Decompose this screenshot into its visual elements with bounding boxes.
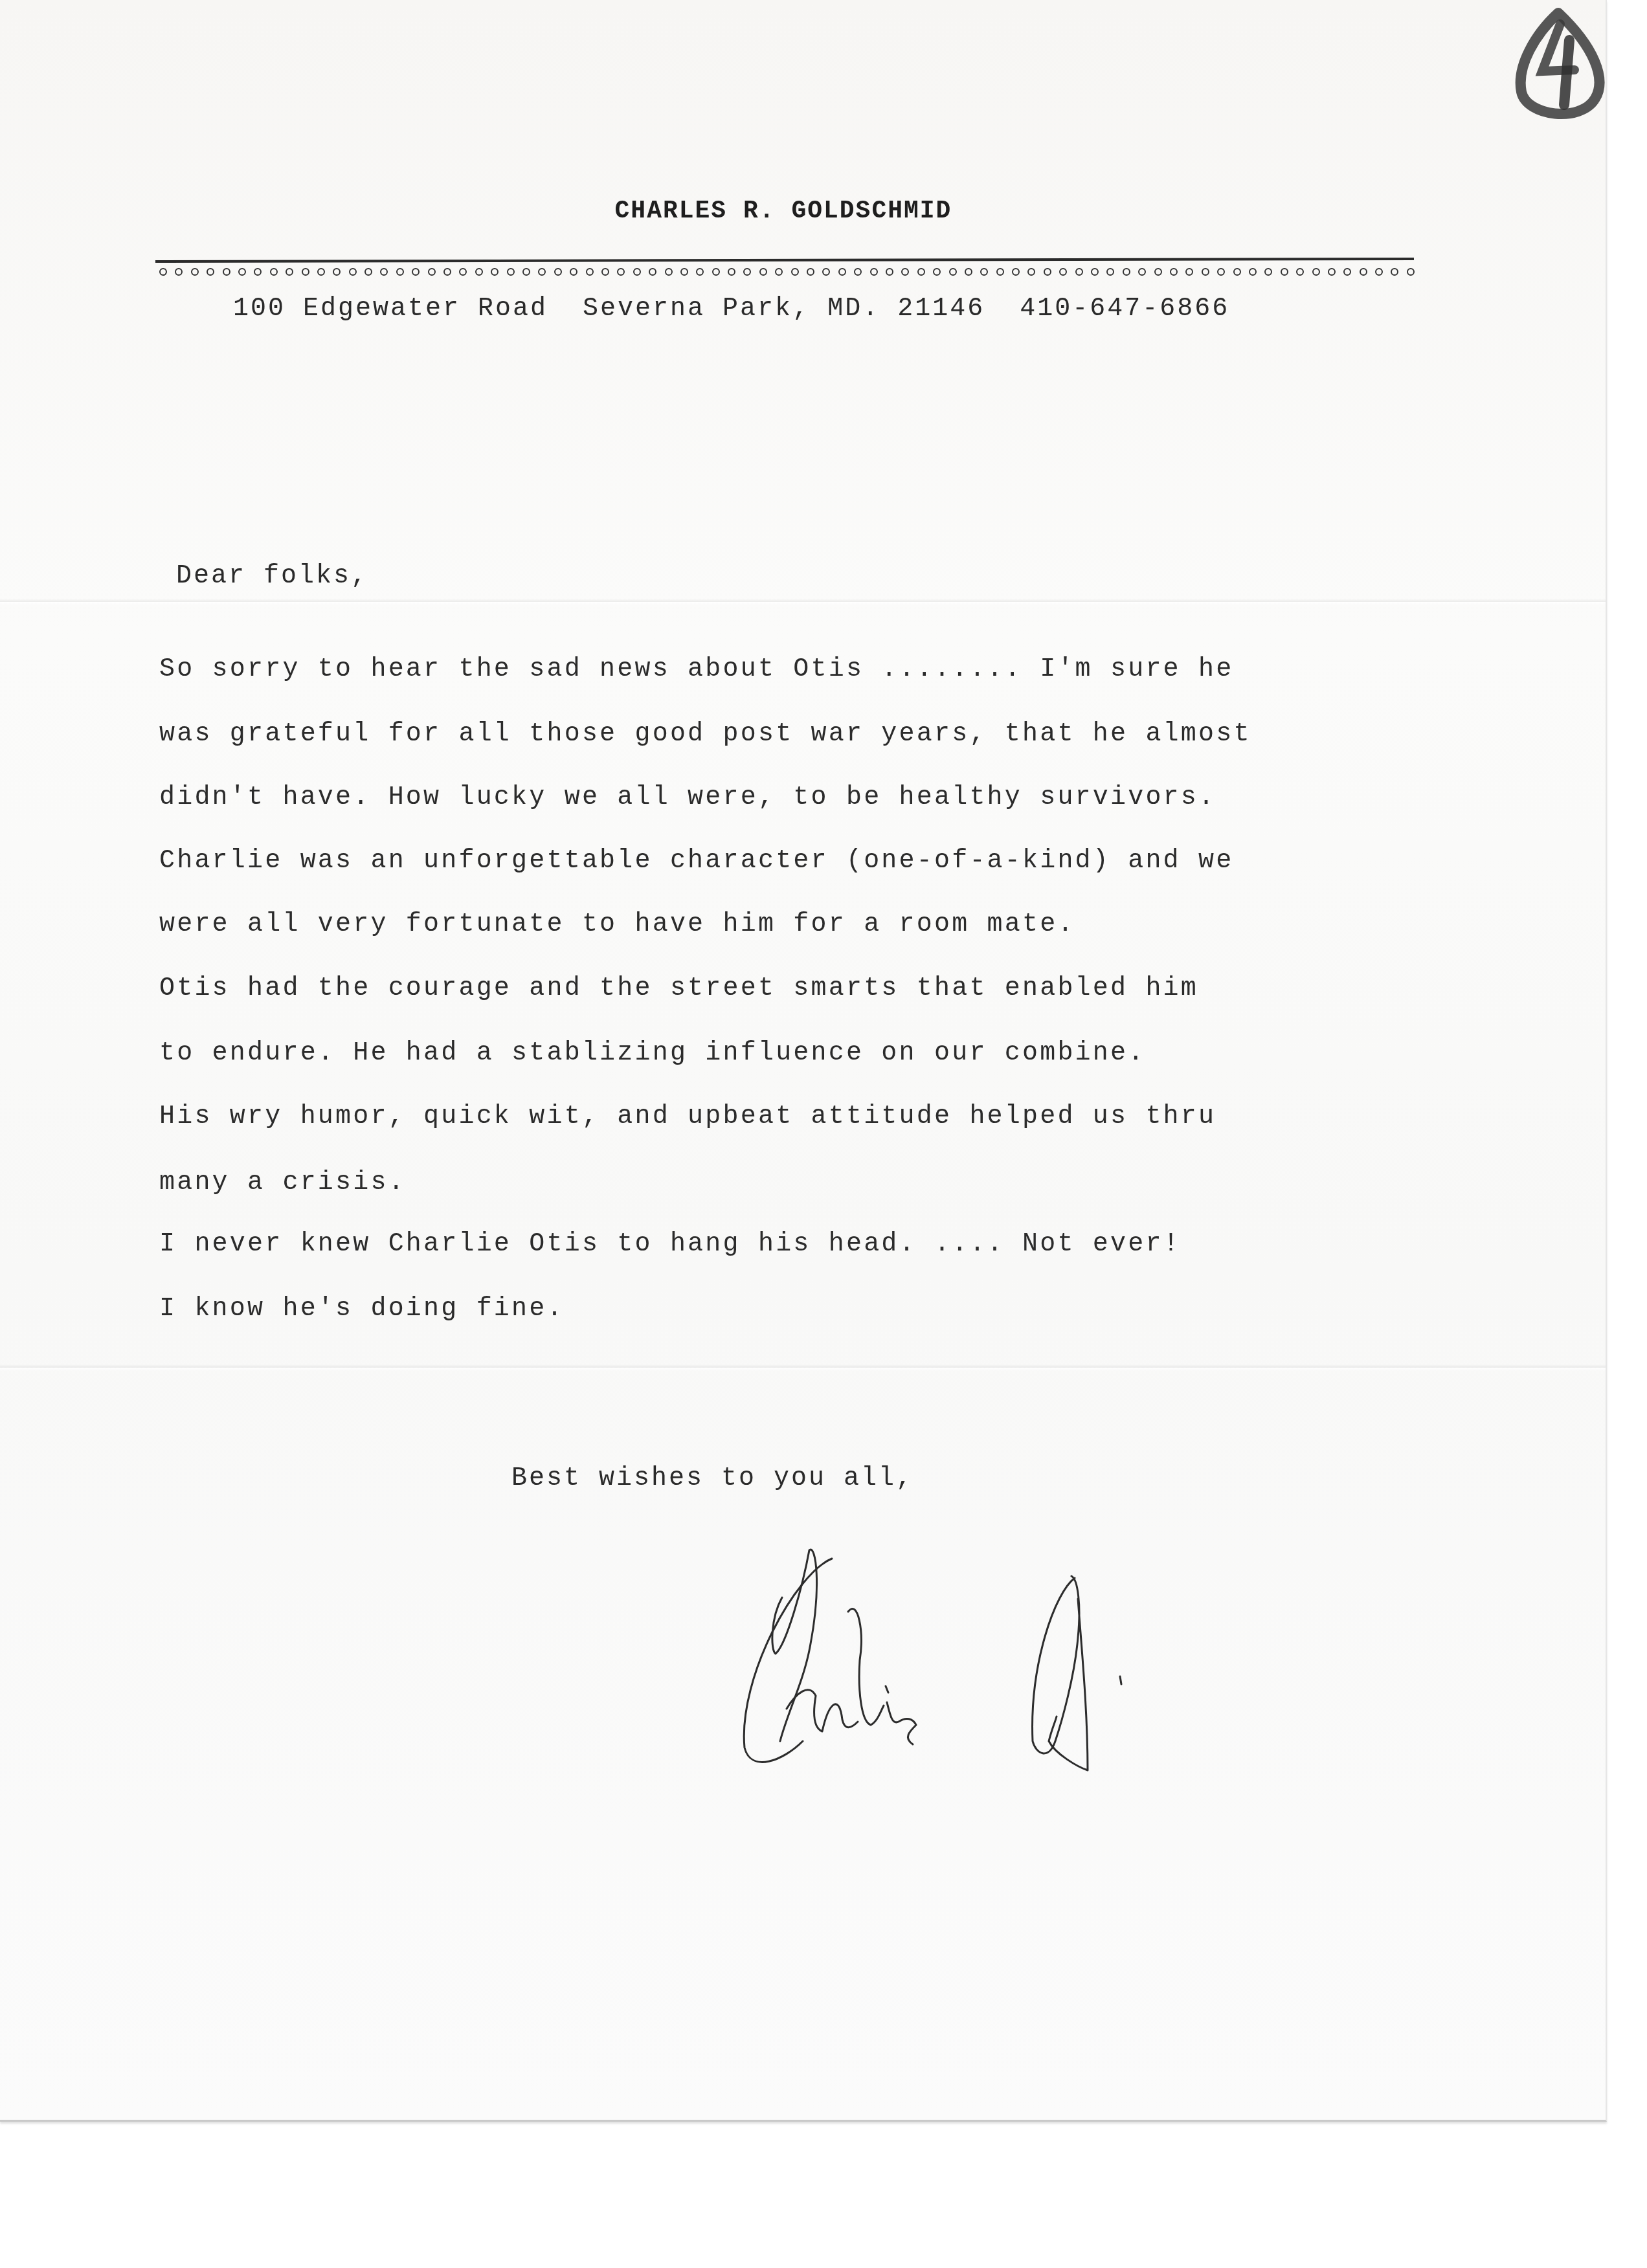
border-circle-icon [254, 268, 262, 276]
border-circle-icon [696, 268, 704, 276]
body-line: Otis had the courage and the street smar… [159, 974, 1198, 1003]
border-circle-icon [759, 268, 767, 276]
paper-fold-crease [0, 599, 1606, 605]
border-circle-icon [270, 268, 278, 276]
border-circle-icon [317, 268, 325, 276]
border-circle-icon [743, 268, 751, 276]
border-circle-icon [1391, 268, 1398, 276]
border-circle-icon [1312, 268, 1320, 276]
border-circle-icon [1264, 268, 1272, 276]
border-circle-icon [1407, 268, 1415, 276]
border-circle-icon [965, 268, 972, 276]
border-circle-icon [428, 268, 436, 276]
border-circle-icon [838, 268, 846, 276]
border-circle-icon [475, 268, 483, 276]
border-circle-icon [491, 268, 499, 276]
border-circle-icon [980, 268, 988, 276]
border-circle-icon [507, 268, 515, 276]
border-circle-icon [349, 268, 357, 276]
border-circle-icon [633, 268, 641, 276]
letterhead-circle-border [159, 265, 1415, 278]
border-circle-icon [1154, 268, 1162, 276]
border-circle-icon [1059, 268, 1067, 276]
circled-number-mark-icon: 4 [1510, 8, 1607, 124]
border-circle-icon [1185, 268, 1193, 276]
border-circle-icon [175, 268, 183, 276]
border-circle-icon [538, 268, 546, 276]
border-circle-icon [286, 268, 293, 276]
border-circle-icon [159, 268, 167, 276]
border-circle-icon [996, 268, 1004, 276]
border-circle-icon [586, 268, 594, 276]
border-circle-icon [775, 268, 783, 276]
handwritten-signature: Charlie G. [725, 1547, 1165, 1780]
body-line: many a crisis. [159, 1168, 406, 1197]
border-circle-icon [665, 268, 673, 276]
border-circle-icon [1138, 268, 1146, 276]
border-circle-icon [191, 268, 199, 276]
border-circle-icon [1296, 268, 1304, 276]
body-line: I know he's doing fine. [159, 1295, 565, 1324]
border-circle-icon [1328, 268, 1336, 276]
border-circle-icon [522, 268, 530, 276]
border-circle-icon [807, 268, 814, 276]
border-circle-icon [1012, 268, 1020, 276]
border-circle-icon [1027, 268, 1035, 276]
letterhead-rule [155, 258, 1414, 263]
border-circle-icon [1249, 268, 1257, 276]
border-circle-icon [822, 268, 830, 276]
border-circle-icon [1202, 268, 1209, 276]
border-circle-icon [680, 268, 688, 276]
body-line: So sorry to hear the sad news about Otis… [159, 655, 1233, 684]
border-circle-icon [901, 268, 909, 276]
body-line: were all very fortunate to have him for … [159, 910, 1075, 939]
border-circle-icon [1123, 268, 1130, 276]
border-circle-icon [207, 268, 214, 276]
letter-page: 4 CHARLES R. GOLDSCHMID 100 Edgewater Ro… [0, 0, 1607, 2122]
border-circle-icon [1375, 268, 1383, 276]
closing: Best wishes to you all, [511, 1464, 913, 1493]
border-circle-icon [617, 268, 625, 276]
body-line: I never knew Charlie Otis to hang his he… [159, 1230, 1181, 1259]
body-line: to endure. He had a stablizing influence… [159, 1039, 1145, 1068]
border-circle-icon [791, 268, 799, 276]
border-circle-icon [364, 268, 372, 276]
border-circle-icon [1217, 268, 1225, 276]
letterhead-address: 100 Edgewater Road Severna Park, MD. 211… [233, 295, 1229, 324]
border-circle-icon [933, 268, 941, 276]
body-line: didn't have. How lucky we all were, to b… [159, 783, 1216, 812]
border-circle-icon [949, 268, 957, 276]
border-circle-icon [917, 268, 925, 276]
border-circle-icon [712, 268, 720, 276]
border-circle-icon [554, 268, 562, 276]
letterhead-name: CHARLES R. GOLDSCHMID [0, 197, 1567, 225]
border-circle-icon [443, 268, 451, 276]
border-circle-icon [459, 268, 467, 276]
border-circle-icon [1044, 268, 1051, 276]
border-circle-icon [1106, 268, 1114, 276]
border-circle-icon [1360, 268, 1367, 276]
border-circle-icon [412, 268, 420, 276]
border-circle-icon [1075, 268, 1083, 276]
border-circle-icon [870, 268, 878, 276]
border-circle-icon [380, 268, 388, 276]
border-circle-icon [886, 268, 893, 276]
border-circle-icon [728, 268, 735, 276]
border-circle-icon [1091, 268, 1099, 276]
border-circle-icon [333, 268, 341, 276]
border-circle-icon [570, 268, 577, 276]
border-circle-icon [854, 268, 862, 276]
border-circle-icon [396, 268, 404, 276]
border-circle-icon [238, 268, 246, 276]
paper-fold-crease [0, 1364, 1606, 1371]
body-line: Charlie was an unforgettable character (… [159, 847, 1233, 876]
border-circle-icon [1281, 268, 1288, 276]
body-line: was grateful for all those good post war… [159, 720, 1251, 749]
border-circle-icon [223, 268, 230, 276]
border-circle-icon [601, 268, 609, 276]
border-circle-icon [649, 268, 656, 276]
border-circle-icon [1170, 268, 1178, 276]
salutation: Dear folks, [176, 562, 368, 591]
border-circle-icon [1343, 268, 1351, 276]
border-circle-icon [1233, 268, 1241, 276]
border-circle-icon [302, 268, 309, 276]
body-line: His wry humor, quick wit, and upbeat att… [159, 1102, 1216, 1131]
